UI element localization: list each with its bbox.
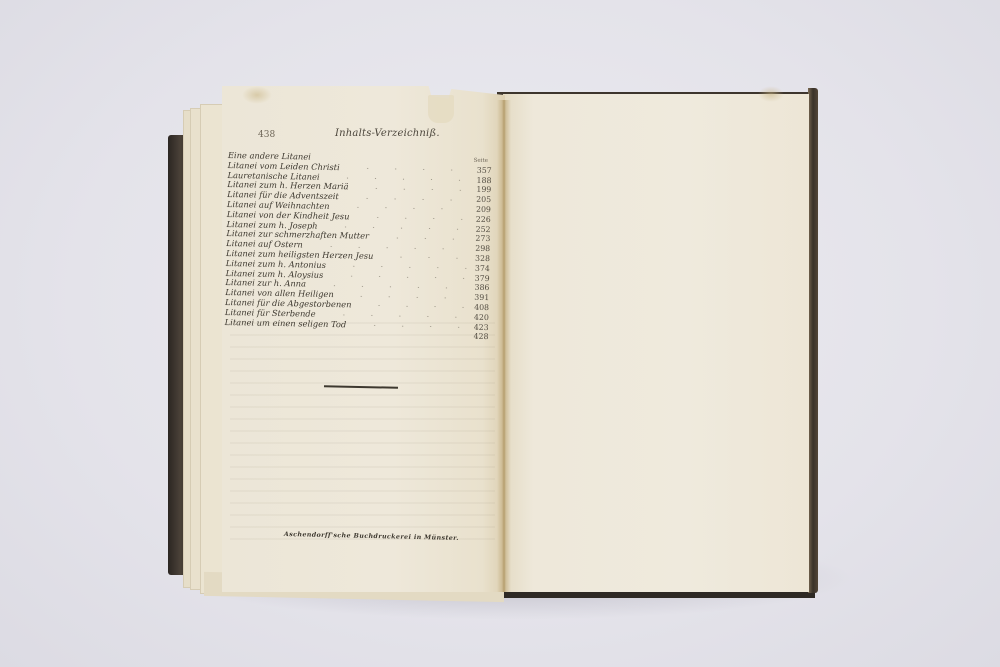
page-number: 438 [258,130,275,140]
book-gutter [497,100,511,592]
toc-column-header: Seite [474,158,488,164]
paper-stain [758,86,784,102]
book-cover-right-edge [808,88,818,593]
right-page[interactable] [503,94,809,592]
page-header: Inhalts-Verzeichniß. [335,128,440,139]
torn-page-corner [428,95,454,123]
table-of-contents: Seite Eine andere Litanei Litanei vom Le… [224,151,492,342]
paper-stain [242,86,272,104]
show-through-text [230,320,495,540]
